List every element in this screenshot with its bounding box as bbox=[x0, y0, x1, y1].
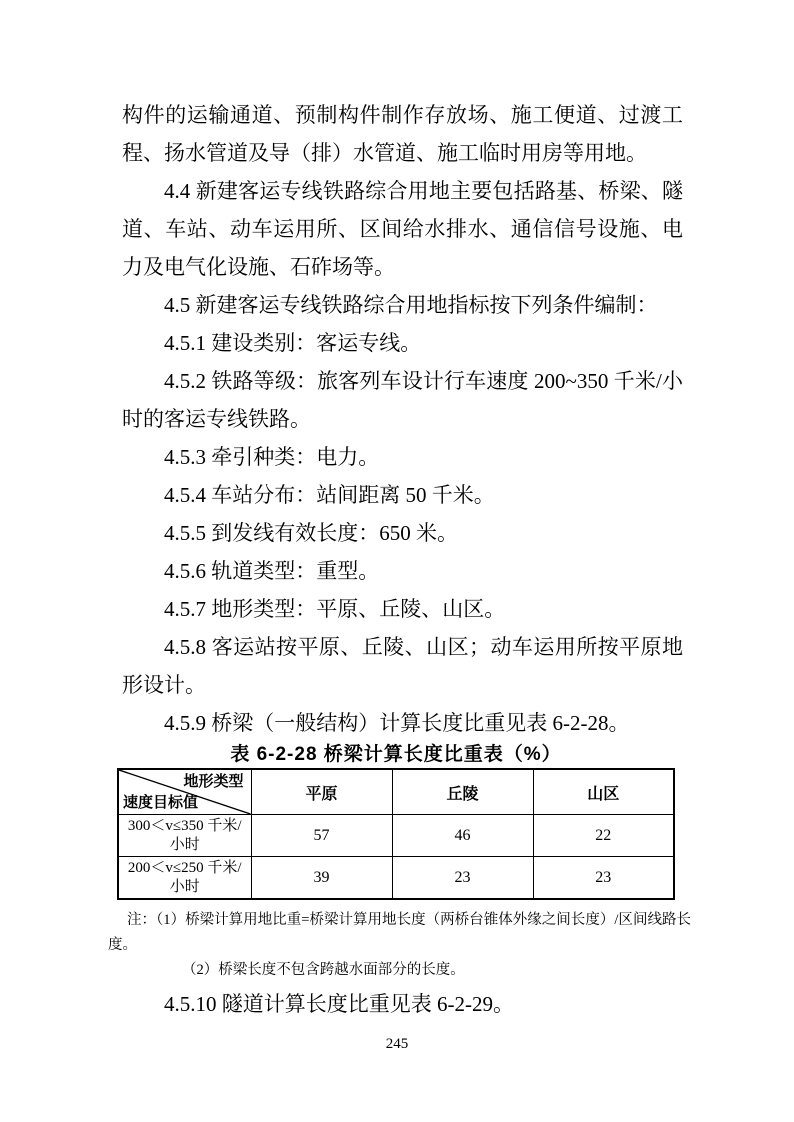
corner-header-cell: 地形类型 速度目标值 bbox=[118, 769, 251, 815]
table-note-2: （2）桥梁长度不包含跨越水面部分的长度。 bbox=[108, 958, 691, 983]
cell-value: 22 bbox=[533, 815, 674, 857]
paragraph-4-5-5: 4.5.5 到发线有效长度：650 米。 bbox=[122, 514, 683, 552]
cell-value: 23 bbox=[392, 857, 533, 900]
paragraph-4-5-6: 4.5.6 轨道类型：重型。 bbox=[122, 552, 683, 590]
table-note-1: 注：（1）桥梁计算用地比重=桥梁计算用地长度（两桥台锥体外缘之间长度）/区间线路… bbox=[108, 908, 691, 958]
paragraph-4-4: 4.4 新建客运专线铁路综合用地主要包括路基、桥梁、隧道、车站、动车运用所、区间… bbox=[122, 172, 683, 286]
paragraph-4-5-3: 4.5.3 牵引种类：电力。 bbox=[122, 438, 683, 476]
paragraph-4-5-4: 4.5.4 车站分布：站间距离 50 千米。 bbox=[122, 476, 683, 514]
table-6-2-28-block: 表 6-2-28 桥梁计算长度比重表（%） 地形类型 bbox=[122, 742, 683, 983]
cell-value: 23 bbox=[533, 857, 674, 900]
paragraph-4-5: 4.5 新建客运专线铁路综合用地指标按下列条件编制： bbox=[122, 286, 683, 324]
cell-value: 57 bbox=[251, 815, 392, 857]
cell-value: 39 bbox=[251, 857, 392, 900]
paragraph-4-5-7: 4.5.7 地形类型：平原、丘陵、山区。 bbox=[122, 590, 683, 628]
bridge-length-ratio-table: 地形类型 速度目标值 平原 丘陵 山区 300＜v≤350 千米/ 小时 57 … bbox=[117, 768, 675, 900]
corner-label-speed-target: 速度目标值 bbox=[123, 794, 198, 811]
paragraph-4-5-8: 4.5.8 客运站按平原、丘陵、山区；动车运用所按平原地形设计。 bbox=[122, 628, 683, 704]
cell-value: 46 bbox=[392, 815, 533, 857]
column-header-hills: 丘陵 bbox=[392, 769, 533, 815]
body-text: 构件的运输通道、预制构件制作存放场、施工便道、过渡工程、扬水管道及导（排）水管道… bbox=[122, 96, 683, 1023]
corner-label-terrain-type: 地形类型 bbox=[183, 773, 243, 790]
paragraph-4-5-10: 4.5.10 隧道计算长度比重见表 6-2-29。 bbox=[122, 985, 683, 1023]
row-label-300-350: 300＜v≤350 千米/ 小时 bbox=[118, 815, 251, 857]
table-title: 表 6-2-28 桥梁计算长度比重表（%） bbox=[117, 742, 675, 768]
paragraph-4-5-9: 4.5.9 桥梁（一般结构）计算长度比重见表 6-2-28。 bbox=[122, 704, 683, 742]
page-number: 245 bbox=[0, 1034, 794, 1054]
table-row: 200＜v≤250 千米/ 小时 39 23 23 bbox=[118, 857, 674, 900]
paragraph-4-5-2: 4.5.2 铁路等级：旅客列车设计行车速度 200~350 千米/小时的客运专线… bbox=[122, 362, 683, 438]
table-notes: 注：（1）桥梁计算用地比重=桥梁计算用地长度（两桥台锥体外缘之间长度）/区间线路… bbox=[108, 908, 691, 983]
column-header-mountain: 山区 bbox=[533, 769, 674, 815]
row-label-200-250: 200＜v≤250 千米/ 小时 bbox=[118, 857, 251, 900]
column-header-plain: 平原 bbox=[251, 769, 392, 815]
table-row: 300＜v≤350 千米/ 小时 57 46 22 bbox=[118, 815, 674, 857]
document-page: 构件的运输通道、预制构件制作存放场、施工便道、过渡工程、扬水管道及导（排）水管道… bbox=[0, 0, 794, 1122]
paragraph-continuation: 构件的运输通道、预制构件制作存放场、施工便道、过渡工程、扬水管道及导（排）水管道… bbox=[122, 96, 683, 172]
table-header-row: 地形类型 速度目标值 平原 丘陵 山区 bbox=[118, 769, 674, 815]
paragraph-4-5-1: 4.5.1 建设类别：客运专线。 bbox=[122, 324, 683, 362]
